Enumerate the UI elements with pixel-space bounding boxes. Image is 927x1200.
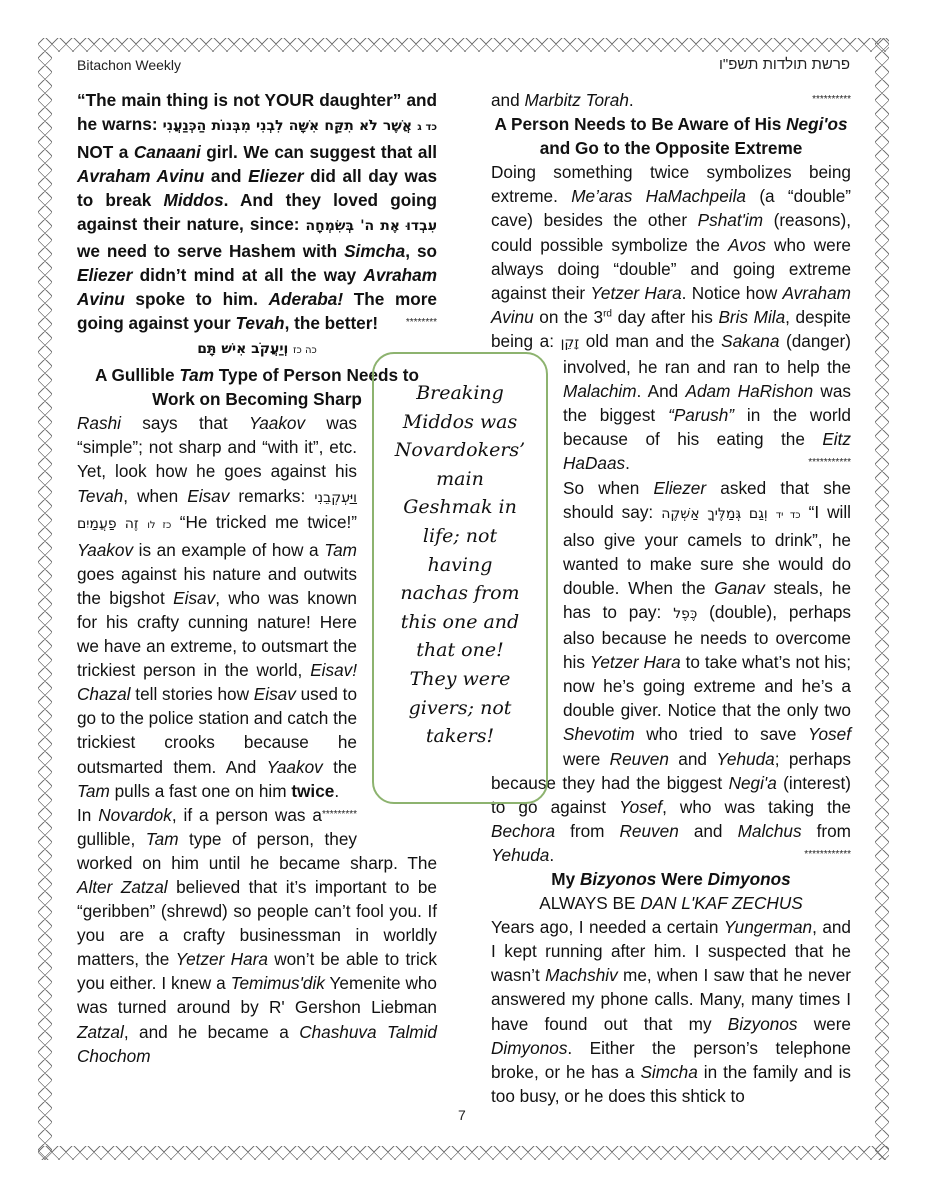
hebrew-reference: כד ג bbox=[417, 122, 437, 133]
section-subheading: ALWAYS BE DAN L'KAF ZECHUS bbox=[491, 891, 851, 915]
hebrew-quote: עִבְדוּ אֶת ה' בְּשִׂמְחָה bbox=[306, 218, 437, 234]
border-left bbox=[38, 38, 52, 1160]
intro-paragraph: “The main thing is not YOUR daughter” an… bbox=[77, 88, 437, 335]
section-separator: *********** bbox=[808, 451, 851, 475]
hebrew-word: כֶּפֶל bbox=[673, 606, 697, 622]
section-heading: A Person Needs to Be Aware of His Negi'o… bbox=[491, 112, 851, 160]
continued-text: and Marbitz Torah. ********** bbox=[491, 88, 851, 112]
border-top bbox=[38, 38, 889, 52]
hebrew-quote: וְגַם גְּמַלֶּיךָ אַשְׁקֶה bbox=[661, 506, 768, 522]
page-number: 7 bbox=[458, 1107, 466, 1123]
section-separator: ******** bbox=[406, 311, 437, 335]
parsha-header: פרשת תולדות תשפ"ו bbox=[719, 56, 850, 73]
section-heading: My Bizyonos Were Dimyonos bbox=[491, 867, 851, 891]
pull-quote-callout: Breaking Middos was Novardokers’ main Ge… bbox=[372, 352, 548, 804]
section-separator: ************ bbox=[804, 843, 851, 867]
hebrew-quote: אֲשֶׁר לֹא תִקַּח אִשָּׁה לִבְנִי מִבְּנ… bbox=[163, 118, 412, 134]
hebrew-word: זָקֵן bbox=[561, 335, 580, 351]
section-separator: ********* bbox=[322, 803, 357, 827]
body-paragraph: Years ago, I needed a certain Yungerman,… bbox=[491, 915, 851, 1108]
border-bottom bbox=[38, 1146, 889, 1160]
section-separator: ********** bbox=[812, 88, 851, 112]
publication-title: Bitachon Weekly bbox=[77, 57, 181, 73]
border-right bbox=[875, 38, 889, 1160]
